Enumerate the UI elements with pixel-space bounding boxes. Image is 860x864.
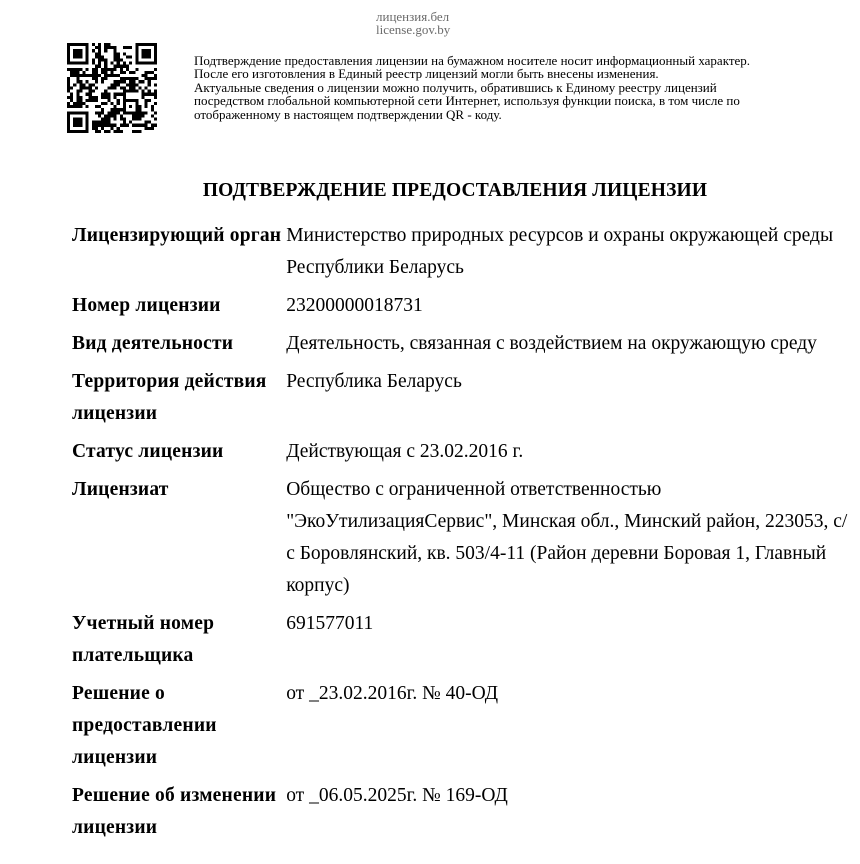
field-label: Территория действия лицензии — [72, 366, 286, 436]
license-details-table: Лицензирующий орган Министерство природн… — [72, 220, 852, 850]
field-label: Лицензирующий орган — [72, 220, 286, 290]
field-label: Статус лицензии — [72, 436, 286, 474]
disclaimer-notice: Подтверждение предоставления лицензии на… — [194, 54, 860, 121]
field-territory: Территория действия лицензии Республика … — [72, 366, 852, 436]
field-value: Деятельность, связанная с воздействием н… — [286, 328, 852, 366]
field-value: от _23.02.2016г. № 40-ОД — [286, 678, 852, 780]
field-value: 691577011 — [286, 608, 852, 678]
field-license-status: Статус лицензии Действующая с 23.02.2016… — [72, 436, 852, 474]
field-label: Номер лицензии — [72, 290, 286, 328]
field-licensee: Лицензиат Общество с ограниченной ответс… — [72, 474, 852, 608]
field-licensing-authority: Лицензирующий орган Министерство природн… — [72, 220, 852, 290]
field-activity-type: Вид деятельности Деятельность, связанная… — [72, 328, 852, 366]
field-grant-decision: Решение о предоставлении лицензии от _23… — [72, 678, 852, 780]
document-title: ПОДТВЕРЖДЕНИЕ ПРЕДОСТАВЛЕНИЯ ЛИЦЕНЗИИ — [0, 180, 860, 202]
field-value: 23200000018731 — [286, 290, 852, 328]
site-header: лицензия.бел license.gov.by — [376, 10, 450, 36]
field-value: Министерство природных ресурсов и охраны… — [286, 220, 852, 290]
field-label: Решение об изменении лицензии — [72, 780, 286, 850]
field-label: Решение о предоставлении лицензии — [72, 678, 286, 780]
field-taxpayer-number: Учетный номер плательщика 691577011 — [72, 608, 852, 678]
site-name-latin: license.gov.by — [376, 23, 450, 36]
qr-code-icon — [67, 43, 157, 133]
notice-line: Подтверждение предоставления лицензии на… — [194, 54, 860, 67]
field-label: Учетный номер плательщика — [72, 608, 286, 678]
field-value: Республика Беларусь — [286, 366, 852, 436]
notice-line: посредством глобальной компьютерной сети… — [194, 94, 860, 107]
field-value: Действующая с 23.02.2016 г. — [286, 436, 852, 474]
field-amendment-decision: Решение об изменении лицензии от _06.05.… — [72, 780, 852, 850]
field-license-number: Номер лицензии 23200000018731 — [72, 290, 852, 328]
field-value: от _06.05.2025г. № 169-ОД — [286, 780, 852, 850]
notice-line: Актуальные сведения о лицензии можно пол… — [194, 81, 860, 94]
notice-line: После его изготовления в Единый реестр л… — [194, 67, 860, 80]
notice-line: отображенному в настоящем подтверждении … — [194, 108, 860, 121]
field-label: Вид деятельности — [72, 328, 286, 366]
field-value: Общество с ограниченной ответственностью… — [286, 474, 852, 608]
field-label: Лицензиат — [72, 474, 286, 608]
